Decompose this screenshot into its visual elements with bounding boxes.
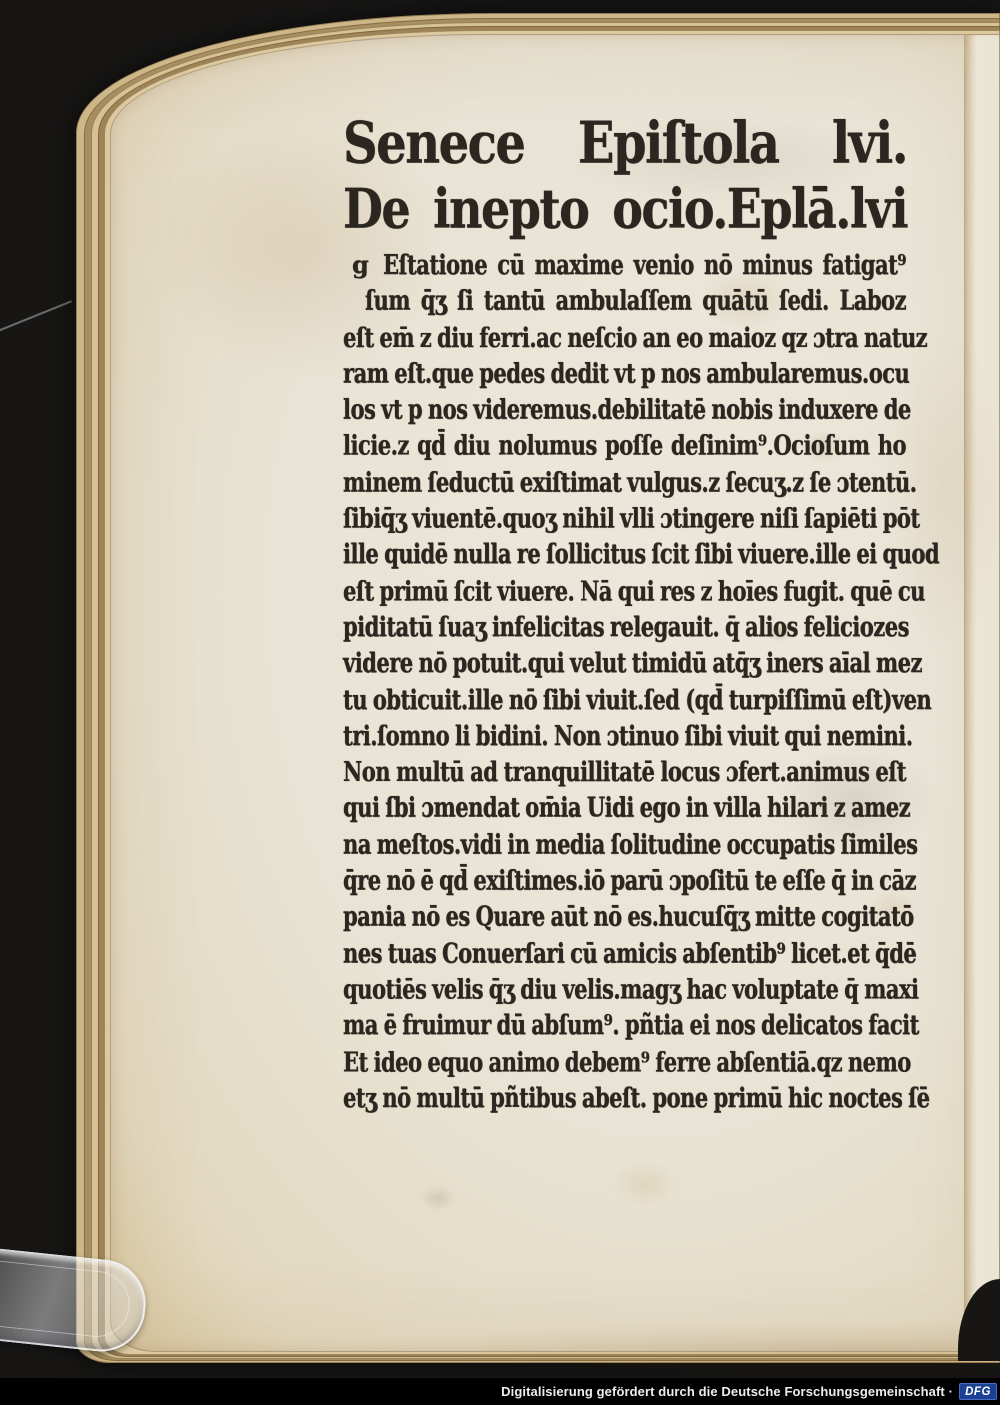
text-line: licie.z qd̄ diu nolumus poſſe deſinim⁹.O… [343, 428, 906, 464]
dust-hairline [0, 300, 72, 337]
body-text-block: Eſtatione cū maxime venio nō minus fatig… [343, 247, 906, 1116]
text-line: etʒ nō multū pñtibus abeſt. pone primū h… [343, 1080, 906, 1116]
text-line: qui ſbi ɔmendat om̄ia Uidi ego in villa … [343, 790, 906, 826]
text-line: videre nō potuit.qui velut timidū atq̄ʒ … [343, 645, 906, 681]
text-line: minem ſeductū exiſtimat vulgus.z ſecuʒ.z… [343, 464, 906, 500]
text-line: los vt p nos videremus.debilitatē nobis … [343, 392, 906, 428]
chapter-heading: Senece Epiſtola lvi. De inepto ocio.Eplā… [343, 112, 907, 242]
text-line: Et ideo equo animo debem⁹ ferre abſentiā… [343, 1044, 906, 1080]
text-line: tu obticuit.ille nō ſibi viuit.ſed (qd̄ … [343, 682, 906, 718]
digitization-credit-bar: Digitalisierung gefördert durch die Deut… [0, 1378, 1000, 1405]
text-line: ram eſt.que pedes dedit vt p nos ambular… [343, 356, 906, 392]
text-line: q̄re nō ē qd̄ exiſtimes.iō parū ɔpoſitū … [343, 863, 906, 899]
text-line: Eſtatione cū maxime venio nō minus fatig… [343, 247, 906, 283]
text-line: nes tuas Conuerſari cū amicis abſentib⁹ … [343, 935, 906, 971]
heading-line-2: De inepto ocio.Eplā.lvi [343, 176, 907, 242]
text-line: pania nō es Quare aūt nō es.hucuſq̄ʒ mit… [343, 899, 906, 935]
text-line: na meſtos.vidi in media ſolitudine occup… [343, 827, 906, 863]
text-line: eſt primū ſcit viuere. Nā qui res z hoīe… [343, 573, 906, 609]
heading-line-1: Senece Epiſtola lvi. [343, 112, 907, 176]
text-line: ma ē fruimur dū abſum⁹. pñtia ei nos del… [343, 1008, 906, 1044]
text-line: ſum q̄ʒ ſi tantū ambulaſſem quātū ſedi. … [343, 283, 906, 319]
text-line: piditatū ſuaʒ infelicitas relegauit. q̄ … [343, 609, 906, 645]
gutter-fold [964, 35, 999, 1351]
text-line: Non multū ad tranquillitatē locus ɔfert.… [343, 754, 906, 790]
text-line: ille quidē nulla re ſollicitus ſcit ſibi… [343, 537, 906, 573]
text-line: tri.ſomno li bidini. Non ɔtinuo ſibi viu… [343, 718, 906, 754]
credit-text: Digitalisierung gefördert durch die Deut… [501, 1384, 953, 1399]
dfg-logo: DFG [959, 1383, 997, 1400]
text-line: quotiēs velis q̄ʒ diu velis.magʒ hac vol… [343, 971, 906, 1007]
text-line: eſt em̄ z diu ferri.ac neſcio an eo maio… [343, 319, 906, 355]
text-line: ſibiq̄ʒ viuentē.quoʒ nihil vlli ɔtingere… [343, 501, 906, 537]
